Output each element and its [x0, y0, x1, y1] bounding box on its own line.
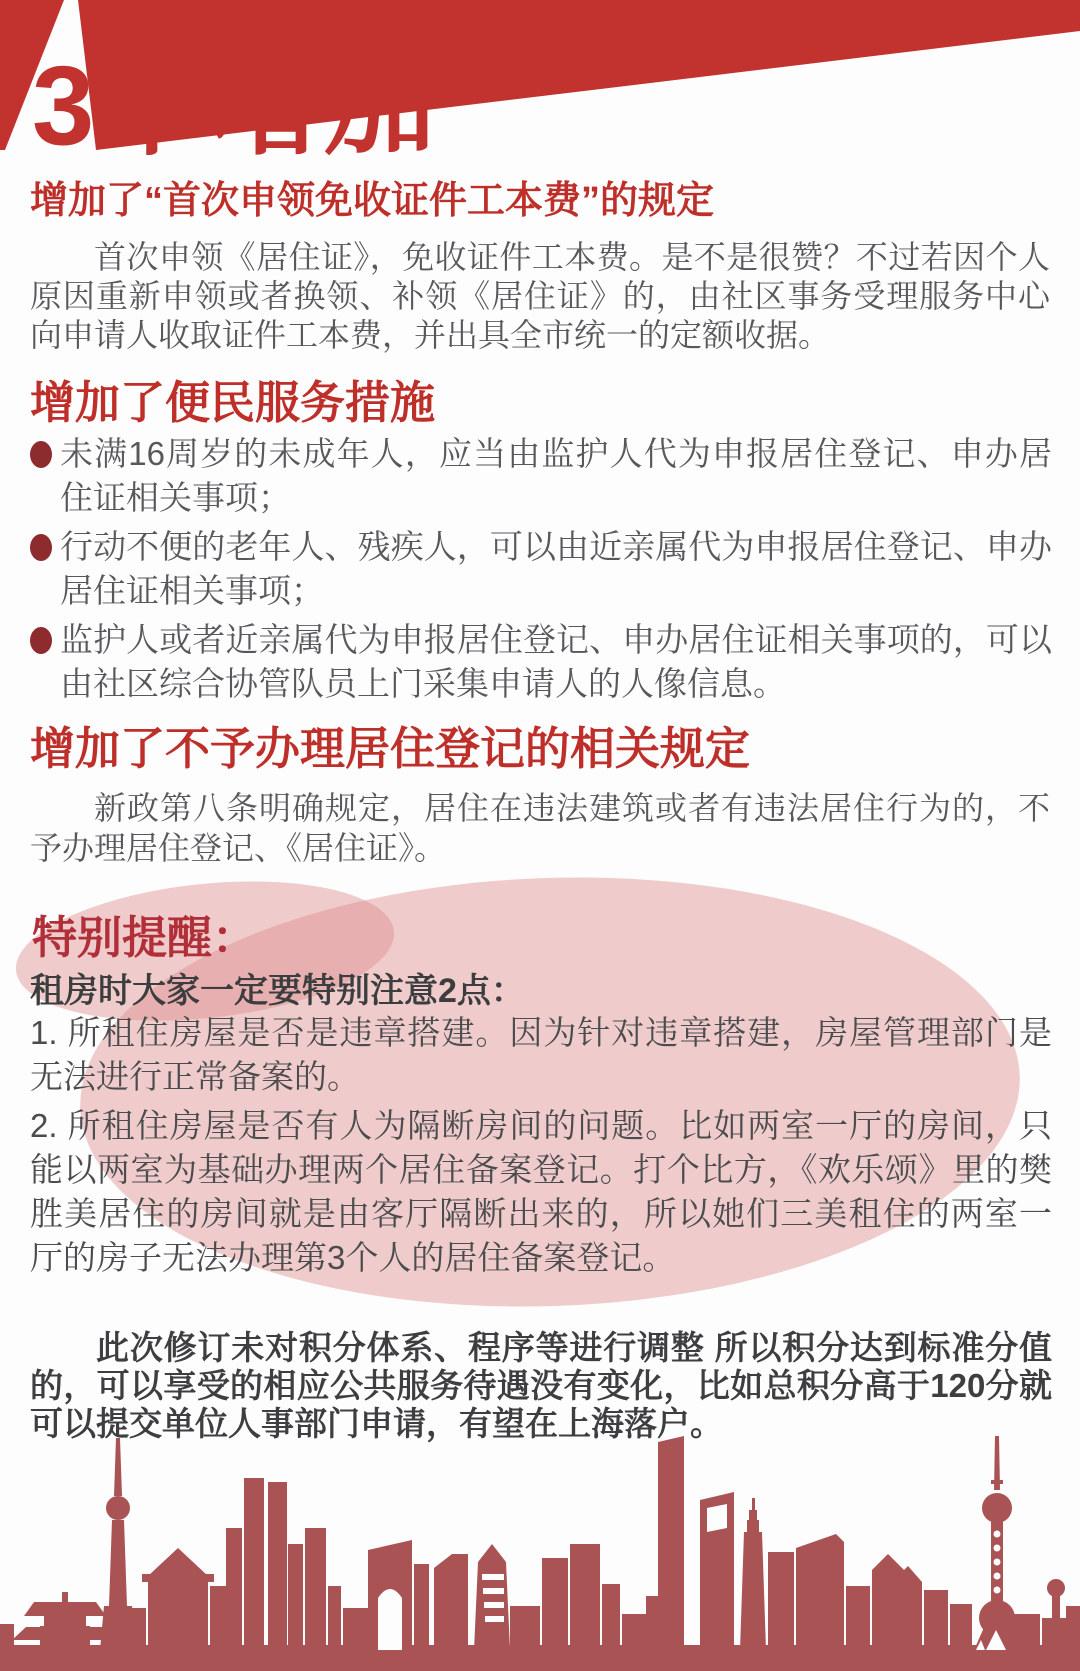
bullet-dot-icon: [30, 534, 52, 561]
section-heading-registration: 增加了不予办理居住登记的相关规定: [30, 724, 750, 774]
bullet-text: 未满16周岁的未成年人，应当由监护人代为申报居住登记、申办居住证相关事项；: [60, 435, 1052, 516]
section-heading-fee: 增加了“首次申领免收证件工本费”的规定: [30, 181, 714, 223]
section-body-registration: 新政第八条明确规定，居住在违法建筑或者有违法居住行为的，不予办理居住登记、《居住…: [30, 788, 1050, 868]
poster-page: 3个增加 增加了“首次申领免收证件工本费”的规定 首次申领《居住证》，免收证件工…: [0, 0, 1080, 1671]
reminder-heading: 特别提醒：: [32, 913, 257, 963]
list-item: 行动不便的老年人、残疾人，可以由近亲属代为申报居住登记、申办居住证相关事项；: [30, 525, 1052, 613]
bullet-dot-icon: [30, 627, 52, 654]
section-heading-services: 增加了便民服务措施: [30, 378, 435, 428]
reminder-point-2: 2. 所租住房屋是否有人为隔断房间的问题。比如两室一厅的房间，只能以两室为基础办…: [30, 1104, 1052, 1280]
shanghai-skyline-icon: [0, 1436, 1080, 1671]
list-item: 未满16周岁的未成年人，应当由监护人代为申报居住登记、申办居住证相关事项；: [30, 432, 1052, 520]
bullet-list: 未满16周岁的未成年人，应当由监护人代为申报居住登记、申办居住证相关事项； 行动…: [30, 432, 1052, 711]
reminder-points: 1. 所租住房屋是否是违章搭建。因为针对违章搭建，房屋管理部门是无法进行正常备案…: [30, 1011, 1052, 1285]
list-item: 监护人或者近亲属代为申报居住登记、申办居住证相关事项的，可以由社区综合协管队员上…: [30, 618, 1052, 706]
bullet-text: 监护人或者近亲属代为申报居住登记、申办居住证相关事项的，可以由社区综合协管队员上…: [60, 621, 1052, 702]
page-title: 3个增加: [32, 50, 438, 162]
footnote-text: 此次修订未对积分体系、程序等进行调整 所以积分达到标准分值的，可以享受的相应公共…: [30, 1329, 1052, 1443]
bullet-dot-icon: [30, 441, 52, 468]
reminder-point-1: 1. 所租住房屋是否是违章搭建。因为针对违章搭建，房屋管理部门是无法进行正常备案…: [30, 1011, 1052, 1099]
reminder-subheading: 租房时大家一定要特别注意2点：: [30, 971, 525, 1012]
section-body-fee: 首次申领《居住证》，免收证件工本费。是不是很赞？不过若因个人原因重新申领或者换领…: [30, 238, 1050, 355]
bullet-text: 行动不便的老年人、残疾人，可以由近亲属代为申报居住登记、申办居住证相关事项；: [60, 528, 1052, 609]
